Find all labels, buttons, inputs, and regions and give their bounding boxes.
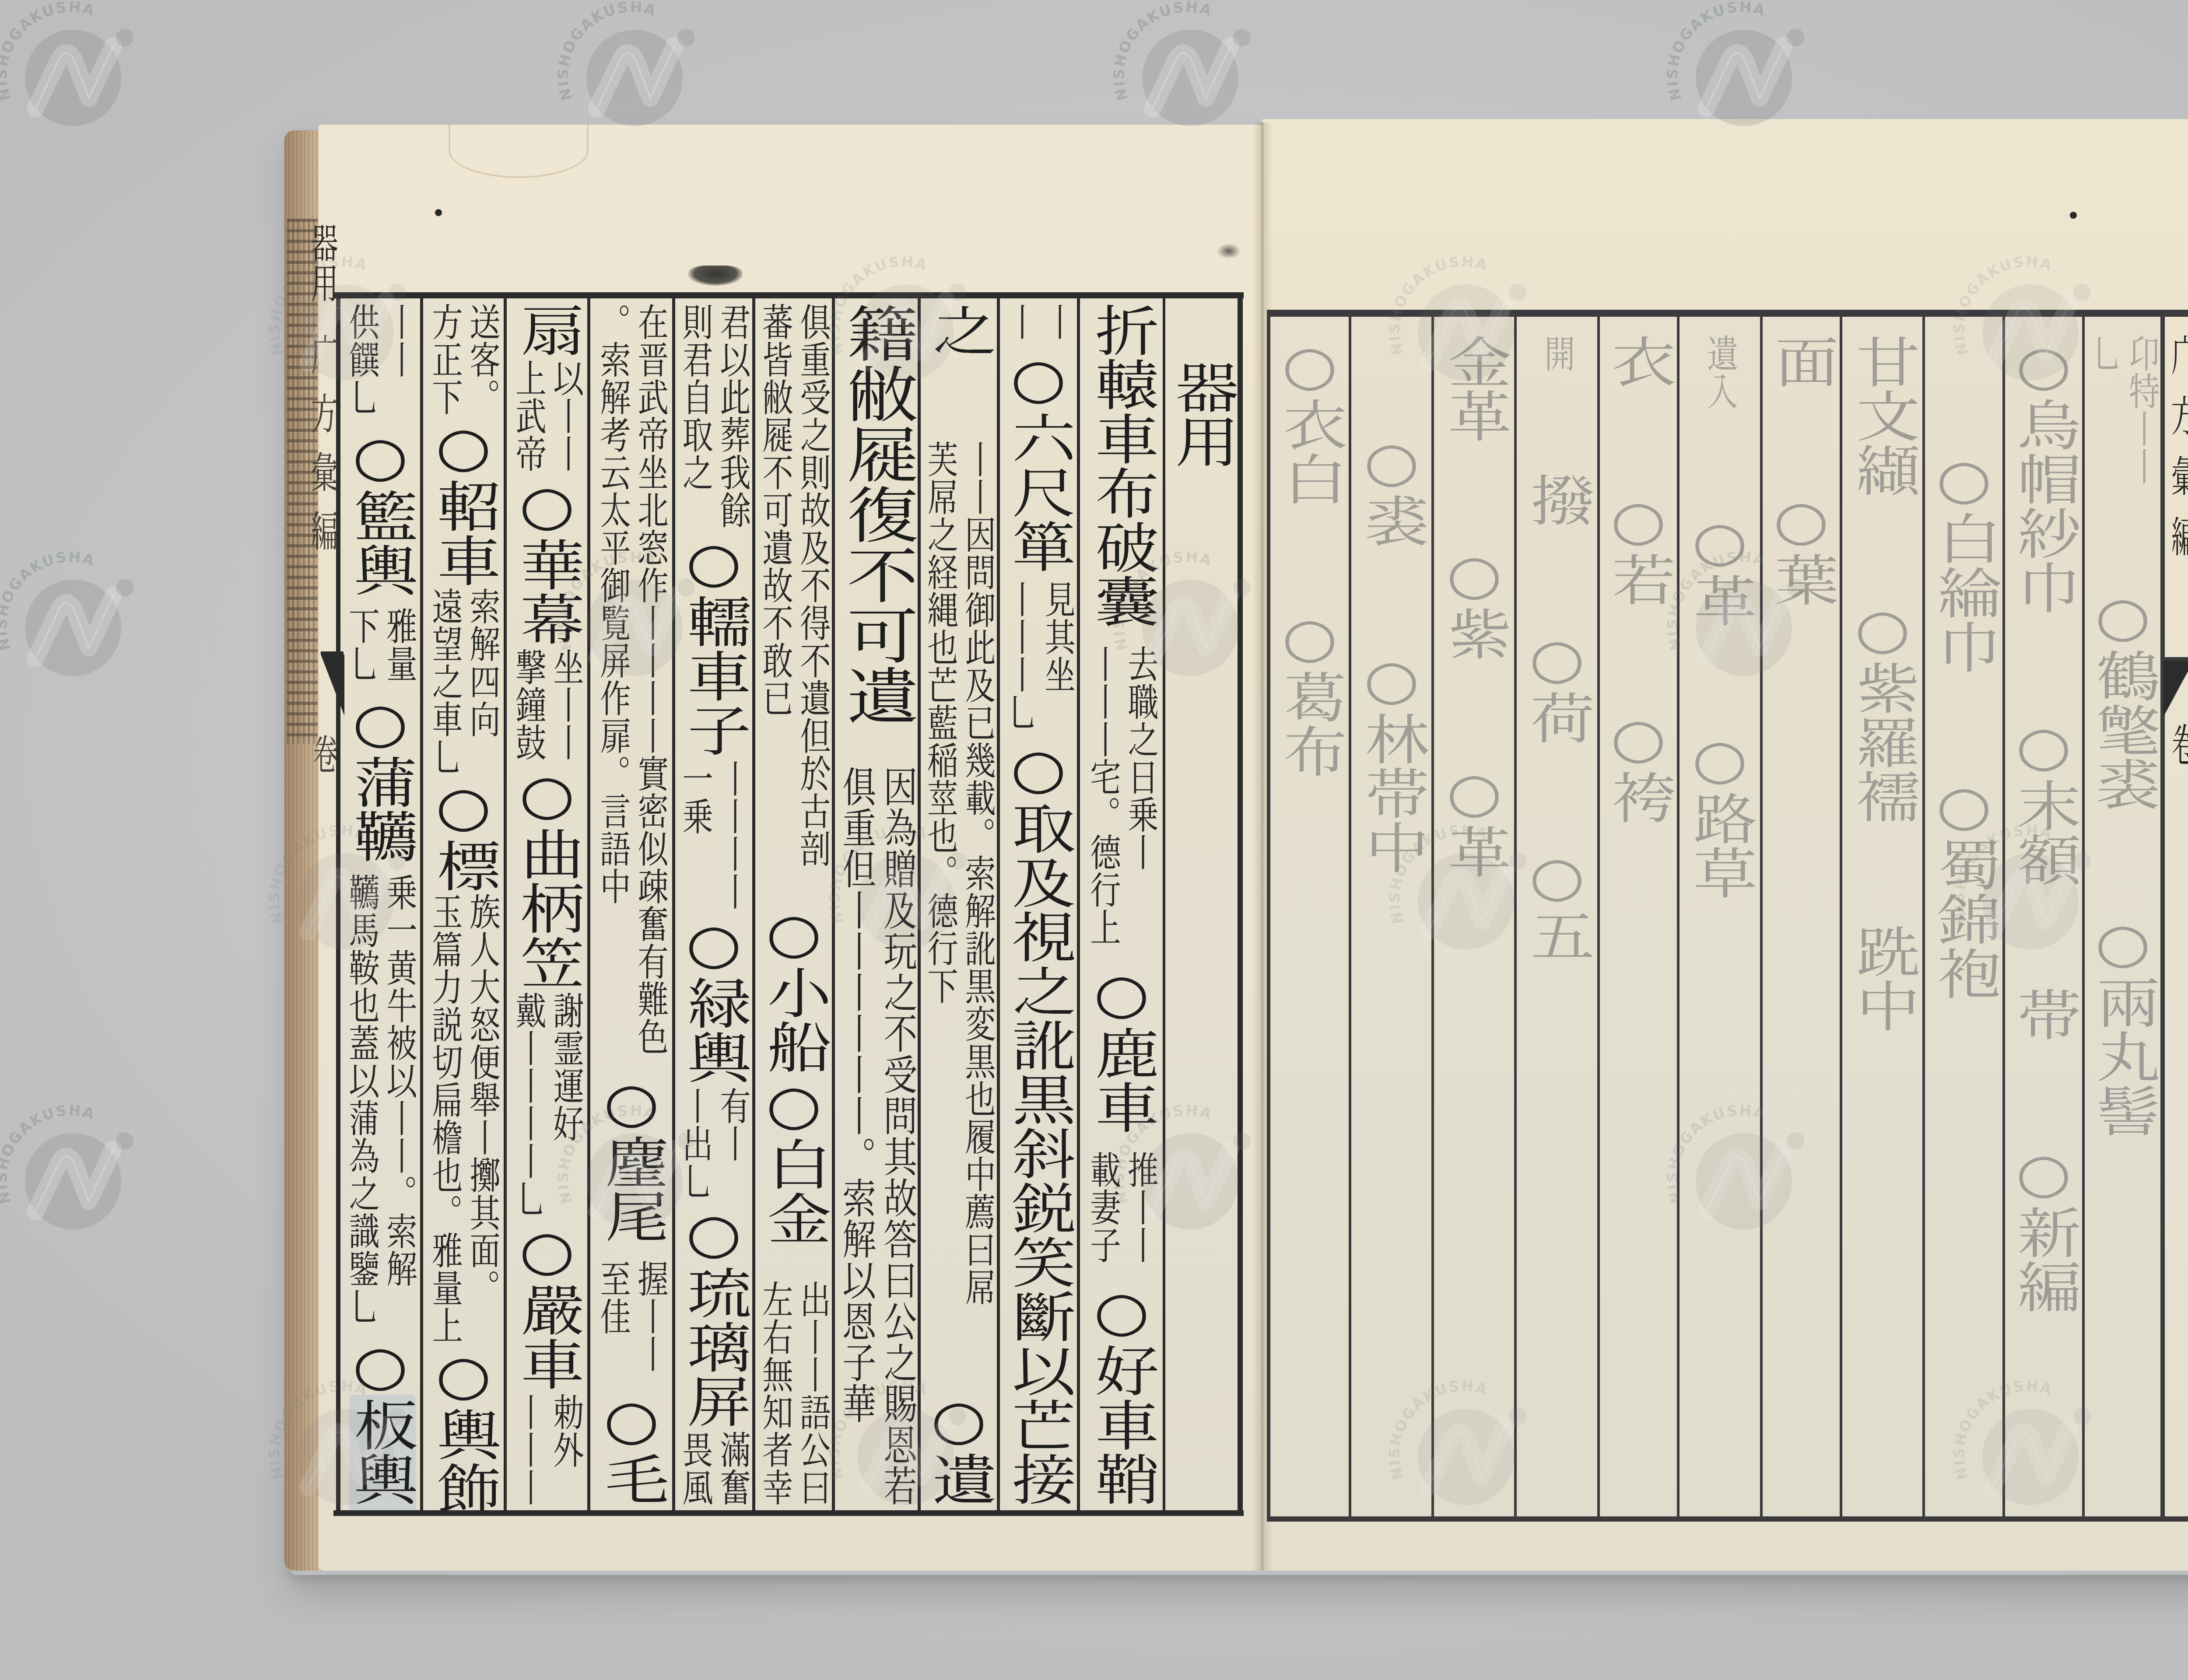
annotation-left-line: 撃鐘鼓	[513, 648, 544, 761]
annotation-right-line: 坐丨丨	[551, 648, 582, 761]
annotation-right-line: 以丨丨	[551, 359, 582, 472]
annotation-left-line: 方正下	[429, 303, 460, 416]
right-column-8: 金革 ○紫 ○革	[1434, 317, 1514, 1516]
headword: ○袴	[1606, 707, 1670, 824]
annotation: 坐丨丨 撃鐘鼓	[509, 648, 585, 761]
left-column-1: 折轅車布破囊 去職之日乗丨 丨丨丨宅。德行上 ○鹿車 推丨丨 載妻子 ○好車鞘	[1080, 298, 1163, 1510]
watermark-logo-icon	[1664, 0, 1804, 126]
left-column-3: 之 丨丨因問御此及已幾載。索解訛黒変黒也履中薦曰屌 芙屌之経縄也芒藍稲莖也。德行…	[921, 298, 997, 1510]
left-column-4: 籍敝屣復不可遺 因為贈及玩之不受問其故答曰公之賜恩若 俱重但丨丨丨丨丨丨。索解以…	[835, 298, 918, 1510]
headword: ○曲柄笠	[515, 763, 579, 989]
headword: ○毛	[599, 1389, 663, 1506]
left-column-7: 在晋武帝坐北窓作丨丨丨丨實密似疎奮有難色 。索解考云太平御覧屏作扉。言語中 ○麈…	[590, 298, 672, 1510]
left-frame-bottom-rule	[333, 1510, 1244, 1516]
headword: ○烏帽紗巾	[2012, 334, 2076, 614]
headword: 面	[1769, 334, 1833, 388]
left-edge-book-title: 广方彙編	[309, 333, 336, 568]
headword: 折轅車布破囊	[1089, 303, 1153, 628]
annotation: 出丨丨語公曰 左右無知者幸	[756, 1280, 831, 1506]
left-edge-section-label: 器用	[309, 222, 336, 303]
annotation-right-line: 君以此葬我餘	[717, 303, 748, 528]
left-fish-tail-line	[321, 651, 344, 654]
right-column-7: 開 撥 ○荷 ○五	[1517, 317, 1597, 1516]
column-rule	[420, 292, 423, 1516]
annotation-left-line: 左右無知者幸	[759, 1280, 790, 1506]
annotation-right-line: 握丨丨	[635, 1260, 666, 1372]
annotation-left-line: 至佳	[597, 1260, 628, 1335]
annotation-right-line: 有丨	[717, 1087, 748, 1162]
annotation: 見其坐 丨丨丨乚	[1001, 580, 1076, 731]
headword: ○路草	[1688, 728, 1752, 899]
right-edge-book-title: 广方彙編	[2169, 334, 2188, 575]
annotation: 丨丨 供饌乚	[343, 303, 418, 416]
annotation-left-line: 載妻子	[1087, 1151, 1118, 1263]
headword: 扇	[515, 303, 579, 357]
annotation-left-line: 韉馬鞍也蓋以蒲為之識鑒乚	[346, 873, 377, 1325]
headword: ○遺	[927, 1389, 991, 1506]
headword: 甘文纈	[1850, 334, 1914, 497]
headword: ○緑輿	[682, 913, 746, 1084]
headword: 籍敝屣復不可遺	[841, 303, 912, 725]
headword: ○衣白	[1277, 334, 1341, 506]
annotation-right-line: 滿奮	[717, 1431, 748, 1506]
headword: ○革	[1688, 510, 1752, 627]
water-stain	[449, 123, 589, 178]
headword: 衣	[1606, 334, 1670, 388]
annotation: 丨丨因問御此及已幾載。索解訛黒変黒也履中薦曰屌 芙屌之経縄也芒藍稲莖也。德行下	[921, 440, 996, 1305]
annotation-right-line: 丨	[1042, 303, 1073, 340]
headword: ○轜車子	[682, 531, 746, 757]
annotation-right-line: 勅外	[551, 1393, 582, 1468]
annotation: 族人大怒便舉丨擲其面。 玉篇力説切扁檐也。雅量上	[426, 892, 501, 1344]
headword: ○華幕	[515, 474, 579, 646]
headword: ○麈尾	[599, 1071, 663, 1243]
right-column-10: ○衣白 ○葛布	[1270, 317, 1349, 1516]
section-heading: 器用	[1170, 360, 1234, 468]
watermark-logo-icon	[1110, 0, 1251, 126]
annotation-left-line: 丨	[1004, 303, 1035, 340]
annotation-left-line: 下乚	[346, 607, 377, 682]
annotation-right-line: 推丨丨	[1125, 1151, 1156, 1263]
watermark-logo-icon	[0, 0, 133, 126]
annotation-right-line: 在晋武帝坐北窓作丨丨丨丨實密似疎奮有難色	[635, 303, 666, 1055]
headword: ○蜀錦袍	[1932, 774, 1995, 1000]
annotation: 送客。 方正下	[426, 303, 501, 416]
column-rule	[832, 292, 835, 1516]
headword: ○五	[1525, 845, 1589, 962]
annotation-right-line: 因為贈及玩之不受問其故答曰公之賜恩若	[880, 766, 914, 1506]
annotation-right-line: 索解四向	[467, 587, 498, 738]
annotation-left-line: 一乗	[680, 759, 711, 835]
right-column-5: 遺入 ○革 ○路草	[1680, 317, 1760, 1516]
annotation-left-line: 。索解考云太平御覧屏作扉。言語中	[597, 303, 628, 905]
annotation: 俱重受之則故及不得不遺但於古剖 蕃皆敝屣不可遺故不敢已	[756, 303, 831, 867]
headword: ○輿飾	[431, 1344, 495, 1510]
right-frame-right-rule	[2160, 310, 2165, 1522]
headword: ○紫羅襦	[1850, 598, 1914, 823]
annotation: 握丨丨 至佳	[594, 1260, 669, 1372]
left-column-10: 丨丨 供饌乚 ○籃輿 雅量 下乚 ○蒲韉 乗一黄牛被以丨丨。索解 韉馬鞍也蓋以蒲…	[340, 298, 420, 1510]
column-rule	[587, 292, 590, 1516]
right-fish-tail-icon	[2163, 661, 2188, 717]
annotation-right-line: 丨丨	[384, 303, 415, 378]
annotation-left-line: 丨出乚	[680, 1087, 711, 1200]
annotation: 丨 丨	[1001, 303, 1076, 340]
right-column-9: ○裘 ○林帯中	[1351, 317, 1431, 1516]
headword: ○小船○白金	[761, 902, 825, 1245]
right-fish-tail-line	[2162, 657, 2188, 661]
watermark-logo-icon	[554, 0, 695, 126]
annotation-right-line: 出丨丨語公曰	[797, 1280, 828, 1506]
headword: ○葉	[1769, 489, 1833, 606]
annotation: 索解四向 遠望之車乚	[426, 587, 501, 775]
headword: ○鹿車	[1089, 962, 1153, 1134]
column-rule	[918, 292, 921, 1516]
annotation-right-line: 乗一黄牛被以丨丨。索解	[384, 873, 415, 1287]
annotation: 推丨丨 載妻子	[1084, 1151, 1159, 1263]
annotation-right-line: 見其坐	[1042, 580, 1073, 693]
annotation: 雅量 下乚	[343, 607, 418, 682]
headword: ○革	[1442, 761, 1506, 878]
ink-dot	[2070, 212, 2077, 219]
headword: 金革	[1442, 334, 1506, 443]
left-column-2: 丨 丨 ○六尺箪 見其坐 丨丨丨乚 ○取及視之訛黒斜鋭笑斷以芒接	[1000, 298, 1077, 1510]
right-frame-bottom-rule	[1267, 1516, 2188, 1522]
annotation: 勅外 丨丨丨	[509, 1393, 585, 1506]
right-column-2: ○白綸巾 ○蜀錦袍	[1925, 317, 2002, 1516]
headword: ○標	[431, 775, 495, 892]
annotation: 在晋武帝坐北窓作丨丨丨丨實密似疎奮有難色 。索解考云太平御覧屏作扉。言語中	[594, 303, 669, 1055]
annotation-left-line: 丨丨丨乚	[1004, 580, 1035, 731]
headword: ○末額	[2012, 715, 2076, 886]
annotation-left-line: 芙屌之経縄也芒藍稲莖也。德行下	[925, 440, 956, 1004]
right-column-1: ○烏帽紗巾 ○末額 帯 ○新編	[2005, 317, 2082, 1516]
headword: 帯	[2012, 987, 2076, 1041]
ink-dot	[435, 209, 442, 216]
headword: ○鶴氅裘	[2090, 585, 2154, 811]
headword: ○取及視之訛黒斜鋭笑斷以芒接	[1006, 738, 1070, 1506]
left-frame-right-rule	[1238, 292, 1243, 1516]
book-photo-scene: 器用 折轅車布破囊 去職之日乗丨 丨丨丨宅。德行上 ○鹿車 推丨丨 載妻子 ○好…	[0, 0, 2188, 1680]
annotation: 滿奮 畏風	[676, 1431, 751, 1506]
annotation-left-line: 丨丨丨宅。德行上	[1087, 645, 1118, 946]
annotation: 因為贈及玩之不受問其故答曰公之賜恩若 俱重但丨丨丨丨丨丨。索解以恩子華	[835, 766, 918, 1506]
annotation-left-line: 則君自取之	[680, 303, 711, 491]
column-rule	[504, 292, 507, 1516]
annotation-left-line: 戴丨丨丨丨乚	[513, 991, 544, 1217]
headword: ○板輿	[348, 1334, 412, 1506]
annotation-left-line: 蕃皆敝屣不可遺故不敢已	[759, 303, 790, 717]
annotation-right-line: 去職之日乗丨	[1125, 645, 1156, 871]
headword: ○若	[1606, 489, 1670, 606]
annotation-right-line: 謝霊運好	[551, 991, 582, 1142]
column-rule	[1077, 292, 1080, 1516]
annotation: 丨丨丨丨 一乗	[676, 759, 751, 910]
headword: ○裘	[1359, 430, 1423, 548]
watermark-logo-icon	[0, 548, 133, 676]
column-rule	[997, 292, 1000, 1516]
headword: ○軺車	[431, 416, 495, 587]
headword: ○紫	[1442, 543, 1506, 661]
annotation: 去職之日乗丨 丨丨丨宅。德行上	[1084, 645, 1159, 946]
headword: ○荷	[1525, 627, 1589, 745]
annotation-right-line: 開	[1542, 334, 1573, 372]
headword: 跣中	[1850, 924, 1914, 1032]
annotation-right-line: 遺入	[1704, 334, 1736, 409]
watermark-logo-icon	[0, 1102, 133, 1229]
headword: ○好車鞘	[1089, 1280, 1153, 1506]
annotation-left-line: 上武帝	[513, 359, 544, 472]
annotation: 君以此葬我餘 則君自取之	[676, 303, 751, 528]
headword: 之	[927, 303, 991, 357]
headword: 撥	[1525, 472, 1589, 527]
annotation-left-line: 遠望之車乚	[429, 587, 460, 775]
column-rule	[752, 292, 755, 1516]
annotation-right-line: 俱重受之則故及不得不遺但於古剖	[797, 303, 828, 867]
right-column-0: 卬特丨丨 乚 ○鶴氅裘 ○兩丸髻	[2085, 317, 2160, 1516]
annotation: 開	[1538, 334, 1576, 372]
left-column-6: 君以此葬我餘 則君自取之 ○轜車子 丨丨丨丨 一乗 ○緑輿 有丨 丨出乚 ○琉璃…	[675, 298, 752, 1510]
annotation: 謝霊運好 戴丨丨丨丨乚	[509, 991, 585, 1217]
annotation-left-line: 供饌乚	[346, 303, 377, 416]
left-fish-tail-icon	[321, 654, 344, 716]
annotation-right-line: 送客。	[467, 303, 498, 416]
headword: ○兩丸髻	[2090, 912, 2154, 1137]
headword: ○嚴車	[515, 1219, 579, 1391]
column-rule	[672, 292, 675, 1516]
right-column-6: 衣 ○若 ○袴	[1600, 317, 1677, 1516]
headword: ○蒲韉	[348, 692, 412, 863]
annotation-right-line: 雅量	[384, 607, 415, 682]
annotation: 有丨 丨出乚	[676, 1087, 751, 1200]
column-rule	[1163, 292, 1165, 1516]
annotation: 卬特丨丨 乚	[2085, 334, 2160, 485]
headword: ○葛布	[1277, 606, 1341, 778]
annotation-left-line: 玉篇力説切扁檐也。雅量上	[429, 892, 460, 1344]
annotation-right-line: 族人大怒便舉丨擲其面。	[467, 892, 498, 1306]
ink-tick-mark	[1217, 243, 1241, 259]
left-column-9: 送客。 方正下 ○軺車 索解四向 遠望之車乚 ○標 族人大怒便舉丨擲其面。 玉篇…	[423, 298, 504, 1510]
headword: ○林帯中	[1359, 648, 1423, 874]
annotation-right-line: 丨丨因問御此及已幾載。索解訛黒変黒也履中薦曰屌	[962, 440, 993, 1305]
ink-blot-mark	[688, 266, 743, 286]
annotation-right-line: 丨丨丨丨	[717, 759, 748, 910]
annotation-left-line: 俱重但丨丨丨丨丨丨。索解以恩子華	[839, 766, 873, 1424]
left-frame-top-rule	[333, 292, 1244, 298]
right-column-4: 面 ○葉	[1763, 317, 1840, 1516]
annotation-left-line: 畏風	[680, 1431, 711, 1506]
headword: ○六尺箪	[1006, 347, 1070, 573]
headword: ○籃輿	[348, 425, 412, 597]
annotation: 乗一黄牛被以丨丨。索解 韉馬鞍也蓋以蒲為之識鑒乚	[343, 873, 418, 1325]
annotation: 遺入	[1701, 334, 1739, 409]
annotation: 以丨丨 上武帝	[509, 359, 585, 472]
annotation-right-line: 卬特丨丨	[2126, 334, 2157, 485]
right-frame-top-rule	[1267, 310, 2188, 317]
annotation-left-line: 乚	[2088, 334, 2119, 372]
headword: ○白綸巾	[1932, 448, 1995, 674]
right-frame-left-rule	[1267, 310, 1270, 1522]
annotation-left-line: 丨丨丨	[513, 1393, 544, 1506]
left-column-5: 俱重受之則故及不得不遺但於古剖 蕃皆敝屣不可遺故不敢已 ○小船○白金 出丨丨語公…	[755, 298, 832, 1510]
headword: ○新編	[2012, 1142, 2076, 1313]
left-column-0-section-header: 器用	[1166, 298, 1238, 1510]
right-edge-volume-label: 卷	[2169, 722, 2188, 766]
headword: ○琉璃屏	[682, 1202, 746, 1428]
right-column-3: 甘文纈 ○紫羅襦 跣中	[1842, 317, 1922, 1516]
left-edge-volume-label: 卷	[311, 734, 337, 774]
left-column-8: 扇 以丨丨 上武帝 ○華幕 坐丨丨 撃鐘鼓 ○曲柄笠 謝霊運好 戴丨丨丨丨乚 ○…	[507, 298, 587, 1510]
